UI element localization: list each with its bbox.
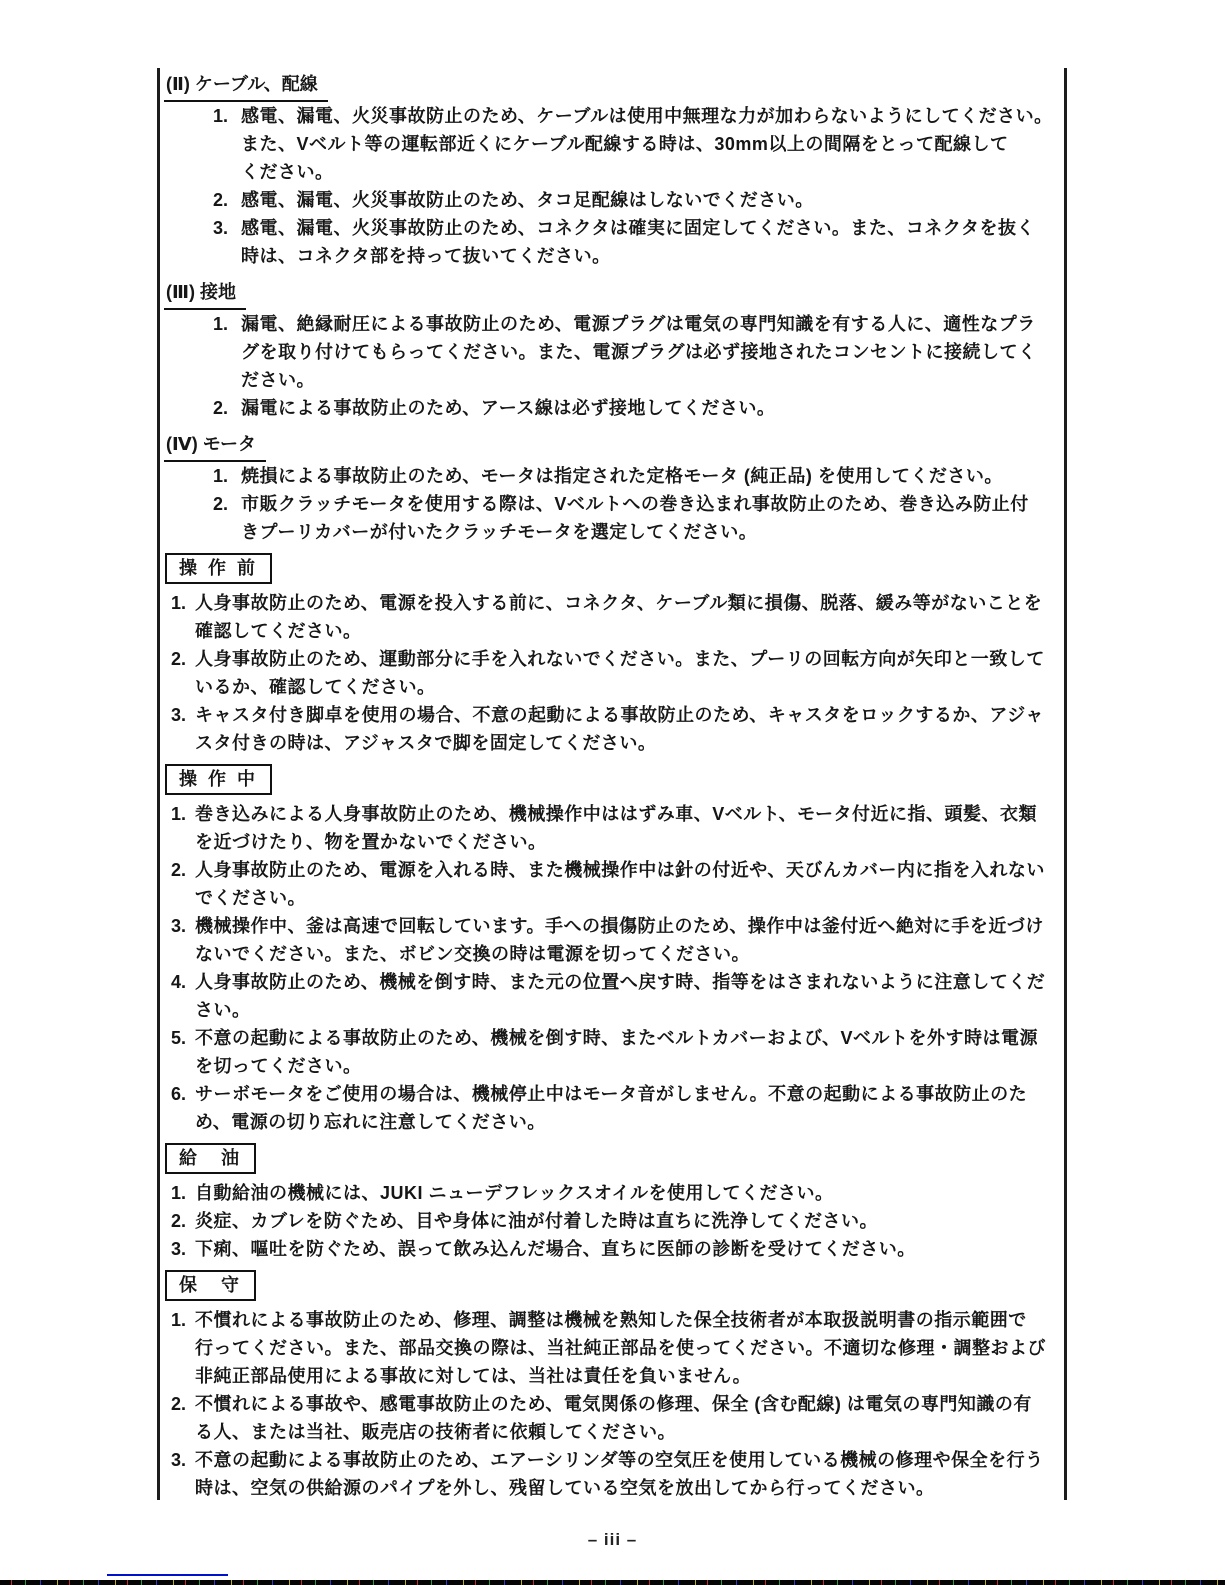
list-item: 1.自動給油の機械には、JUKI ニューデフレックスオイルを使用してください。 bbox=[164, 1179, 1064, 1207]
section-heading-row: 操 作 前 bbox=[164, 546, 1064, 589]
section-grounding: (Ⅲ) 接地1.漏電、絶縁耐圧による事故防止のため、電源プラグは電気の専門知識を… bbox=[164, 278, 1064, 422]
item-number: 2. bbox=[171, 1207, 186, 1235]
text-line: グを取り付けてもらってください。また、電源プラグは必ず接地されたコンセントに接続… bbox=[241, 338, 1064, 366]
item-number: 5. bbox=[171, 1024, 186, 1052]
text-line: 時は、コネクタ部を持って抜いてください。 bbox=[241, 242, 1064, 270]
item-number: 4. bbox=[171, 968, 186, 996]
section-heading-row: (Ⅱ) ケーブル、配線 bbox=[164, 70, 1064, 102]
list-item: 2.漏電による事故防止のため、アース線は必ず接地してください。 bbox=[164, 394, 1064, 422]
item-number: 1. bbox=[213, 310, 228, 338]
text-line: 感電、漏電、火災事故防止のため、コネクタは確実に固定してください。また、コネクタ… bbox=[241, 214, 1064, 242]
text-line: め、電源の切り忘れに注意してください。 bbox=[195, 1108, 1064, 1136]
item-number: 1. bbox=[171, 800, 186, 828]
list-item: 3.機械操作中、釜は高速で回転しています。手への損傷防止のため、操作中は釜付近へ… bbox=[164, 912, 1064, 968]
text-line: 確認してください。 bbox=[195, 617, 1064, 645]
section-motor: (Ⅳ) モータ1.焼損による事故防止のため、モータは指定された定格モータ (純正… bbox=[164, 430, 1064, 546]
item-number: 3. bbox=[213, 214, 228, 242]
section-heading-during-operation: 操 作 中 bbox=[165, 764, 272, 795]
list-item: 2.人身事故防止のため、運動部分に手を入れないでください。また、プーリの回転方向… bbox=[164, 645, 1064, 701]
item-number: 1. bbox=[171, 1179, 186, 1207]
text-line: を近づけたり、物を置かないでください。 bbox=[195, 828, 1064, 856]
section-heading-maintenance: 保 守 bbox=[165, 1270, 256, 1301]
item-number: 2. bbox=[171, 645, 186, 673]
text-line: 不慣れによる事故や、感電事故防止のため、電気関係の修理、保全 (含む配線) は電… bbox=[195, 1390, 1064, 1418]
text-line: 人身事故防止のため、機械を倒す時、また元の位置へ戻す時、指等をはさまれないように… bbox=[195, 968, 1064, 996]
text-line: 市販クラッチモータを使用する際は、Vベルトへの巻き込まれ事故防止のため、巻き込み… bbox=[241, 490, 1064, 518]
text-line: 機械操作中、釜は高速で回転しています。手への損傷防止のため、操作中は釜付近へ絶対… bbox=[195, 912, 1064, 940]
list-item: 1.不慣れによる事故防止のため、修理、調整は機械を熟知した保全技術者が本取扱説明… bbox=[164, 1306, 1064, 1390]
section-heading-grounding: (Ⅲ) 接地 bbox=[164, 278, 246, 310]
text-line: キャスタ付き脚卓を使用の場合、不意の起動による事故防止のため、キャスタをロックす… bbox=[195, 701, 1064, 729]
item-number: 3. bbox=[171, 1446, 186, 1474]
section-during-operation: 操 作 中1.巻き込みによる人身事故防止のため、機械操作中ははずみ車、Vベルト、… bbox=[164, 757, 1064, 1136]
text-line: 下痢、嘔吐を防ぐため、誤って飲み込んだ場合、直ちに医師の診断を受けてください。 bbox=[195, 1235, 1064, 1263]
text-line: 感電、漏電、火災事故防止のため、タコ足配線はしないでください。 bbox=[241, 186, 1064, 214]
section-before-operation: 操 作 前1.人身事故防止のため、電源を投入する前に、コネクタ、ケーブル類に損傷… bbox=[164, 546, 1064, 757]
list-item: 2.人身事故防止のため、電源を入れる時、また機械操作中は針の付近や、天びんカバー… bbox=[164, 856, 1064, 912]
list-item: 6.サーボモータをご使用の場合は、機械停止中はモータ音がしません。不意の起動によ… bbox=[164, 1080, 1064, 1136]
text-line: ないでください。また、ボビン交換の時は電源を切ってください。 bbox=[195, 940, 1064, 968]
section-heading-row: (Ⅲ) 接地 bbox=[164, 278, 1064, 310]
text-line: きプーリカバーが付いたクラッチモータを選定してください。 bbox=[241, 518, 1064, 546]
section-heading-row: 給 油 bbox=[164, 1136, 1064, 1179]
list-item: 3.下痢、嘔吐を防ぐため、誤って飲み込んだ場合、直ちに医師の診断を受けてください… bbox=[164, 1235, 1064, 1263]
text-line: 人身事故防止のため、電源を入れる時、また機械操作中は針の付近や、天びんカバー内に… bbox=[195, 856, 1064, 884]
text-line: また、Vベルト等の運転部近くにケーブル配線する時は、30mm以上の間隔をとって配… bbox=[241, 130, 1064, 158]
section-heading-row: 操 作 中 bbox=[164, 757, 1064, 800]
section-lubrication: 給 油1.自動給油の機械には、JUKI ニューデフレックスオイルを使用してくださ… bbox=[164, 1136, 1064, 1263]
text-line: 不意の起動による事故防止のため、機械を倒す時、またベルトカバーおよび、Vベルトを… bbox=[195, 1024, 1064, 1052]
text-line: 漏電、絶縁耐圧による事故防止のため、電源プラグは電気の専門知識を有する人に、適性… bbox=[241, 310, 1064, 338]
section-cables-wiring: (Ⅱ) ケーブル、配線1.感電、漏電、火災事故防止のため、ケーブルは使用中無理な… bbox=[164, 70, 1064, 270]
list-item: 3.感電、漏電、火災事故防止のため、コネクタは確実に固定してください。また、コネ… bbox=[164, 214, 1064, 270]
item-number: 2. bbox=[171, 1390, 186, 1418]
text-line: る人、または当社、販売店の技術者に依頼してください。 bbox=[195, 1418, 1064, 1446]
text-line: さい。 bbox=[195, 996, 1064, 1024]
text-line: 行ってください。また、部品交換の際は、当社純正部品を使ってください。不適切な修理… bbox=[195, 1334, 1064, 1362]
item-number: 1. bbox=[213, 102, 228, 130]
section-maintenance: 保 守1.不慣れによる事故防止のため、修理、調整は機械を熟知した保全技術者が本取… bbox=[164, 1263, 1064, 1500]
text-line: ください。 bbox=[241, 158, 1064, 186]
text-line: 人身事故防止のため、運動部分に手を入れないでください。また、プーリの回転方向が矢… bbox=[195, 645, 1064, 673]
page-number: – iii – bbox=[0, 1530, 1225, 1550]
item-number: 3. bbox=[171, 701, 186, 729]
item-number: 6. bbox=[171, 1080, 186, 1108]
item-number: 3. bbox=[171, 912, 186, 940]
item-number: 1. bbox=[213, 462, 228, 490]
section-heading-cables-wiring: (Ⅱ) ケーブル、配線 bbox=[164, 70, 328, 102]
item-number: 1. bbox=[171, 589, 186, 617]
item-number: 3. bbox=[171, 1235, 186, 1263]
list-item: 2.炎症、カブレを防ぐため、目や身体に油が付着した時は直ちに洗浄してください。 bbox=[164, 1207, 1064, 1235]
section-heading-row: (Ⅳ) モータ bbox=[164, 430, 1064, 462]
item-number: 2. bbox=[213, 186, 228, 214]
list-item: 5.不意の起動による事故防止のため、機械を倒す時、またベルトカバーおよび、Vベル… bbox=[164, 1024, 1064, 1080]
text-line: 不慣れによる事故防止のため、修理、調整は機械を熟知した保全技術者が本取扱説明書の… bbox=[195, 1306, 1064, 1334]
text-line: 炎症、カブレを防ぐため、目や身体に油が付着した時は直ちに洗浄してください。 bbox=[195, 1207, 1064, 1235]
item-number: 2. bbox=[213, 490, 228, 518]
text-line: 非純正部品使用による事故に対しては、当社は責任を負いません。 bbox=[195, 1362, 1064, 1390]
item-number: 2. bbox=[213, 394, 228, 422]
text-line: いるか、確認してください。 bbox=[195, 673, 1064, 701]
list-item: 2.不慣れによる事故や、感電事故防止のため、電気関係の修理、保全 (含む配線) … bbox=[164, 1390, 1064, 1446]
text-line: ださい。 bbox=[241, 366, 1064, 394]
manual-page: (Ⅱ) ケーブル、配線1.感電、漏電、火災事故防止のため、ケーブルは使用中無理な… bbox=[0, 0, 1225, 1585]
list-item: 1.漏電、絶縁耐圧による事故防止のため、電源プラグは電気の専門知識を有する人に、… bbox=[164, 310, 1064, 394]
text-line: を切ってください。 bbox=[195, 1052, 1064, 1080]
list-item: 2.感電、漏電、火災事故防止のため、タコ足配線はしないでください。 bbox=[164, 186, 1064, 214]
scan-edge-strip bbox=[0, 1580, 1225, 1585]
section-heading-lubrication: 給 油 bbox=[165, 1143, 256, 1174]
list-item: 1.人身事故防止のため、電源を投入する前に、コネクタ、ケーブル類に損傷、脱落、緩… bbox=[164, 589, 1064, 645]
list-item: 1.巻き込みによる人身事故防止のため、機械操作中ははずみ車、Vベルト、モータ付近… bbox=[164, 800, 1064, 856]
text-line: 感電、漏電、火災事故防止のため、ケーブルは使用中無理な力が加わらないようにしてく… bbox=[241, 102, 1064, 130]
list-item: 2.市販クラッチモータを使用する際は、Vベルトへの巻き込まれ事故防止のため、巻き… bbox=[164, 490, 1064, 546]
text-line: 不意の起動による事故防止のため、エアーシリンダ等の空気圧を使用している機械の修理… bbox=[195, 1446, 1064, 1474]
text-line: 人身事故防止のため、電源を投入する前に、コネクタ、ケーブル類に損傷、脱落、緩み等… bbox=[195, 589, 1064, 617]
section-heading-row: 保 守 bbox=[164, 1263, 1064, 1306]
text-line: サーボモータをご使用の場合は、機械停止中はモータ音がしません。不意の起動による事… bbox=[195, 1080, 1064, 1108]
item-number: 1. bbox=[171, 1306, 186, 1334]
list-item: 3.キャスタ付き脚卓を使用の場合、不意の起動による事故防止のため、キャスタをロッ… bbox=[164, 701, 1064, 757]
text-line: 自動給油の機械には、JUKI ニューデフレックスオイルを使用してください。 bbox=[195, 1179, 1064, 1207]
text-line: 巻き込みによる人身事故防止のため、機械操作中ははずみ車、Vベルト、モータ付近に指… bbox=[195, 800, 1064, 828]
list-item: 1.焼損による事故防止のため、モータは指定された定格モータ (純正品) を使用し… bbox=[164, 462, 1064, 490]
list-item: 1.感電、漏電、火災事故防止のため、ケーブルは使用中無理な力が加わらないようにし… bbox=[164, 102, 1064, 186]
content-frame: (Ⅱ) ケーブル、配線1.感電、漏電、火災事故防止のため、ケーブルは使用中無理な… bbox=[157, 68, 1067, 1500]
text-line: 漏電による事故防止のため、アース線は必ず接地してください。 bbox=[241, 394, 1064, 422]
text-line: でください。 bbox=[195, 884, 1064, 912]
item-number: 2. bbox=[171, 856, 186, 884]
text-line: 焼損による事故防止のため、モータは指定された定格モータ (純正品) を使用してく… bbox=[241, 462, 1064, 490]
scan-artifact-blue-line bbox=[107, 1574, 228, 1576]
text-line: スタ付きの時は、アジャスタで脚を固定してください。 bbox=[195, 729, 1064, 757]
section-heading-motor: (Ⅳ) モータ bbox=[164, 430, 266, 462]
list-item: 4.人身事故防止のため、機械を倒す時、また元の位置へ戻す時、指等をはさまれないよ… bbox=[164, 968, 1064, 1024]
text-line: 時は、空気の供給源のパイプを外し、残留している空気を放出してから行ってください。 bbox=[195, 1474, 1064, 1500]
section-heading-before-operation: 操 作 前 bbox=[165, 553, 272, 584]
list-item: 3.不意の起動による事故防止のため、エアーシリンダ等の空気圧を使用している機械の… bbox=[164, 1446, 1064, 1500]
